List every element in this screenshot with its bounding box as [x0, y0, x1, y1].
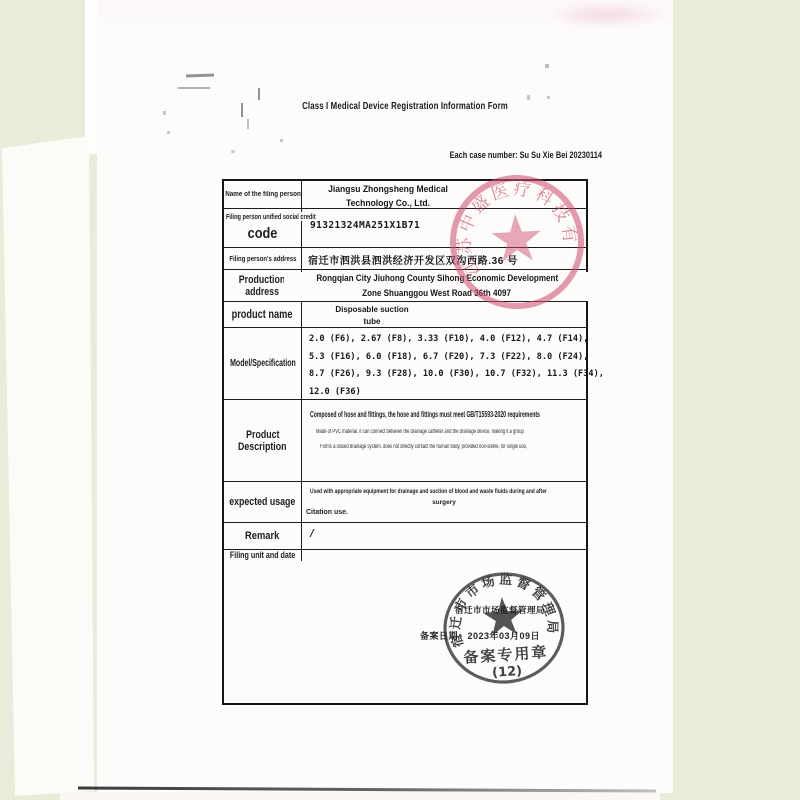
usage-line: surgery — [302, 499, 586, 506]
label-expected-usage: expected usage — [224, 482, 302, 522]
label-filing-address: Filing person's address — [224, 248, 302, 269]
scan-smudge — [548, 2, 666, 28]
scan-smudge — [231, 150, 235, 153]
label-text: expected usage — [229, 496, 295, 508]
label-text: Model/Specification — [230, 358, 296, 369]
label-filing-person-name: Name of the filing person — [224, 181, 302, 208]
remark-text: / — [309, 528, 315, 539]
model-spec-line: 5.3 (F16), 6.0 (F18), 6.7 (F20), 7.3 (F2… — [309, 349, 604, 367]
model-spec-line: 8.7 (F26), 9.3 (F28), 10.0 (F30), 10.7 (… — [309, 366, 604, 384]
filing-seal-graphic: 宿迁市市场监督管理局 备案专用章 (12) — [430, 558, 579, 697]
scan-smudge — [178, 87, 210, 89]
label-filing-unit-date: Filing unit and date — [224, 550, 302, 561]
label-text: Remark — [245, 530, 279, 542]
value-product-description: Composed of hose and fittings, the hose … — [302, 400, 586, 481]
company-seal-graphic: 江苏中盛医疗科技有限公司 — [413, 138, 621, 346]
form-title: Class I Medical Device Registration Info… — [262, 101, 547, 112]
row-model-spec: Model/Specification 2.0 (F6), 2.67 (F8),… — [224, 328, 586, 400]
label-product-description: Product Description — [224, 400, 302, 481]
model-spec-line: 12.0 (F36) — [309, 384, 604, 402]
label-text: Production — [239, 274, 285, 286]
value-model-spec: 2.0 (F6), 2.67 (F8), 3.33 (F10), 4.0 (F1… — [302, 328, 586, 399]
row-product-description: Product Description Composed of hose and… — [224, 400, 586, 482]
description-main-line: Composed of hose and fittings, the hose … — [310, 410, 540, 419]
label-text: Filing person's address — [229, 254, 296, 263]
description-small-line: Made of PVC material, it can connect bet… — [316, 429, 524, 435]
scan-smudge — [527, 95, 530, 100]
page-bottom-strip — [60, 792, 660, 800]
filing-date-text: 备案日期：2023年03月09日 — [420, 629, 540, 642]
scan-smudge — [247, 119, 249, 129]
label-credit-code-small: Filing person unified social credit — [226, 212, 318, 221]
scan-smudge — [280, 139, 283, 142]
scan-smudge — [258, 88, 260, 100]
usage-line: Used with appropriate equipment for drai… — [310, 488, 547, 495]
scan-smudge — [547, 96, 550, 99]
value-remark: / — [302, 523, 586, 549]
scan-smudge — [167, 131, 170, 134]
seal-ring-text: 江苏中盛医疗科技有限公司 — [440, 166, 583, 281]
label-text: address — [246, 286, 280, 298]
scan-smudge — [545, 64, 549, 68]
label-text: Filing unit and date — [230, 550, 295, 561]
seal-center-label: 备案专用章 — [463, 643, 549, 667]
row-expected-usage: expected usage Used with appropriate equ… — [224, 482, 586, 523]
company-seal-stamp: 江苏中盛医疗科技有限公司 — [432, 157, 602, 327]
filing-seal-stamp: 宿迁市市场监督管理局 备案专用章 (12) — [434, 563, 574, 693]
underlying-sheet — [0, 0, 97, 800]
value-expected-usage: Used with appropriate equipment for drai… — [302, 482, 586, 522]
label-product-name: product name — [224, 302, 302, 327]
description-small-line: Forms a closed drainage system, does not… — [320, 444, 527, 450]
label-remark: Remark — [224, 523, 302, 549]
page-edge-strip — [85, 0, 97, 154]
label-text: Name of the filing person — [225, 191, 301, 198]
label-text: Description — [238, 441, 286, 453]
star-icon — [490, 213, 542, 263]
product-name-line: Disposable suction — [306, 304, 438, 316]
credit-code-text: 91321324MA251X1B71 — [310, 220, 420, 231]
label-text: Product — [246, 429, 279, 441]
filing-authority-text: 宿迁市市场监督管理局 — [455, 604, 545, 616]
scan-smudge — [241, 103, 243, 117]
usage-line: Citation use. — [306, 509, 348, 516]
row-remark: Remark / — [224, 523, 586, 550]
row-filing-unit-date: Filing unit and date — [224, 550, 586, 561]
label-model-spec: Model/Specification — [224, 328, 302, 399]
scan-smudge — [163, 111, 166, 115]
product-name-line: tube — [306, 316, 438, 328]
seal-number: (12) — [492, 664, 523, 681]
label-credit-code: Filing person unified social credit code — [224, 209, 302, 247]
scanned-document-screen: Class I Medical Device Registration Info… — [0, 0, 800, 800]
label-text: product name — [232, 309, 293, 321]
